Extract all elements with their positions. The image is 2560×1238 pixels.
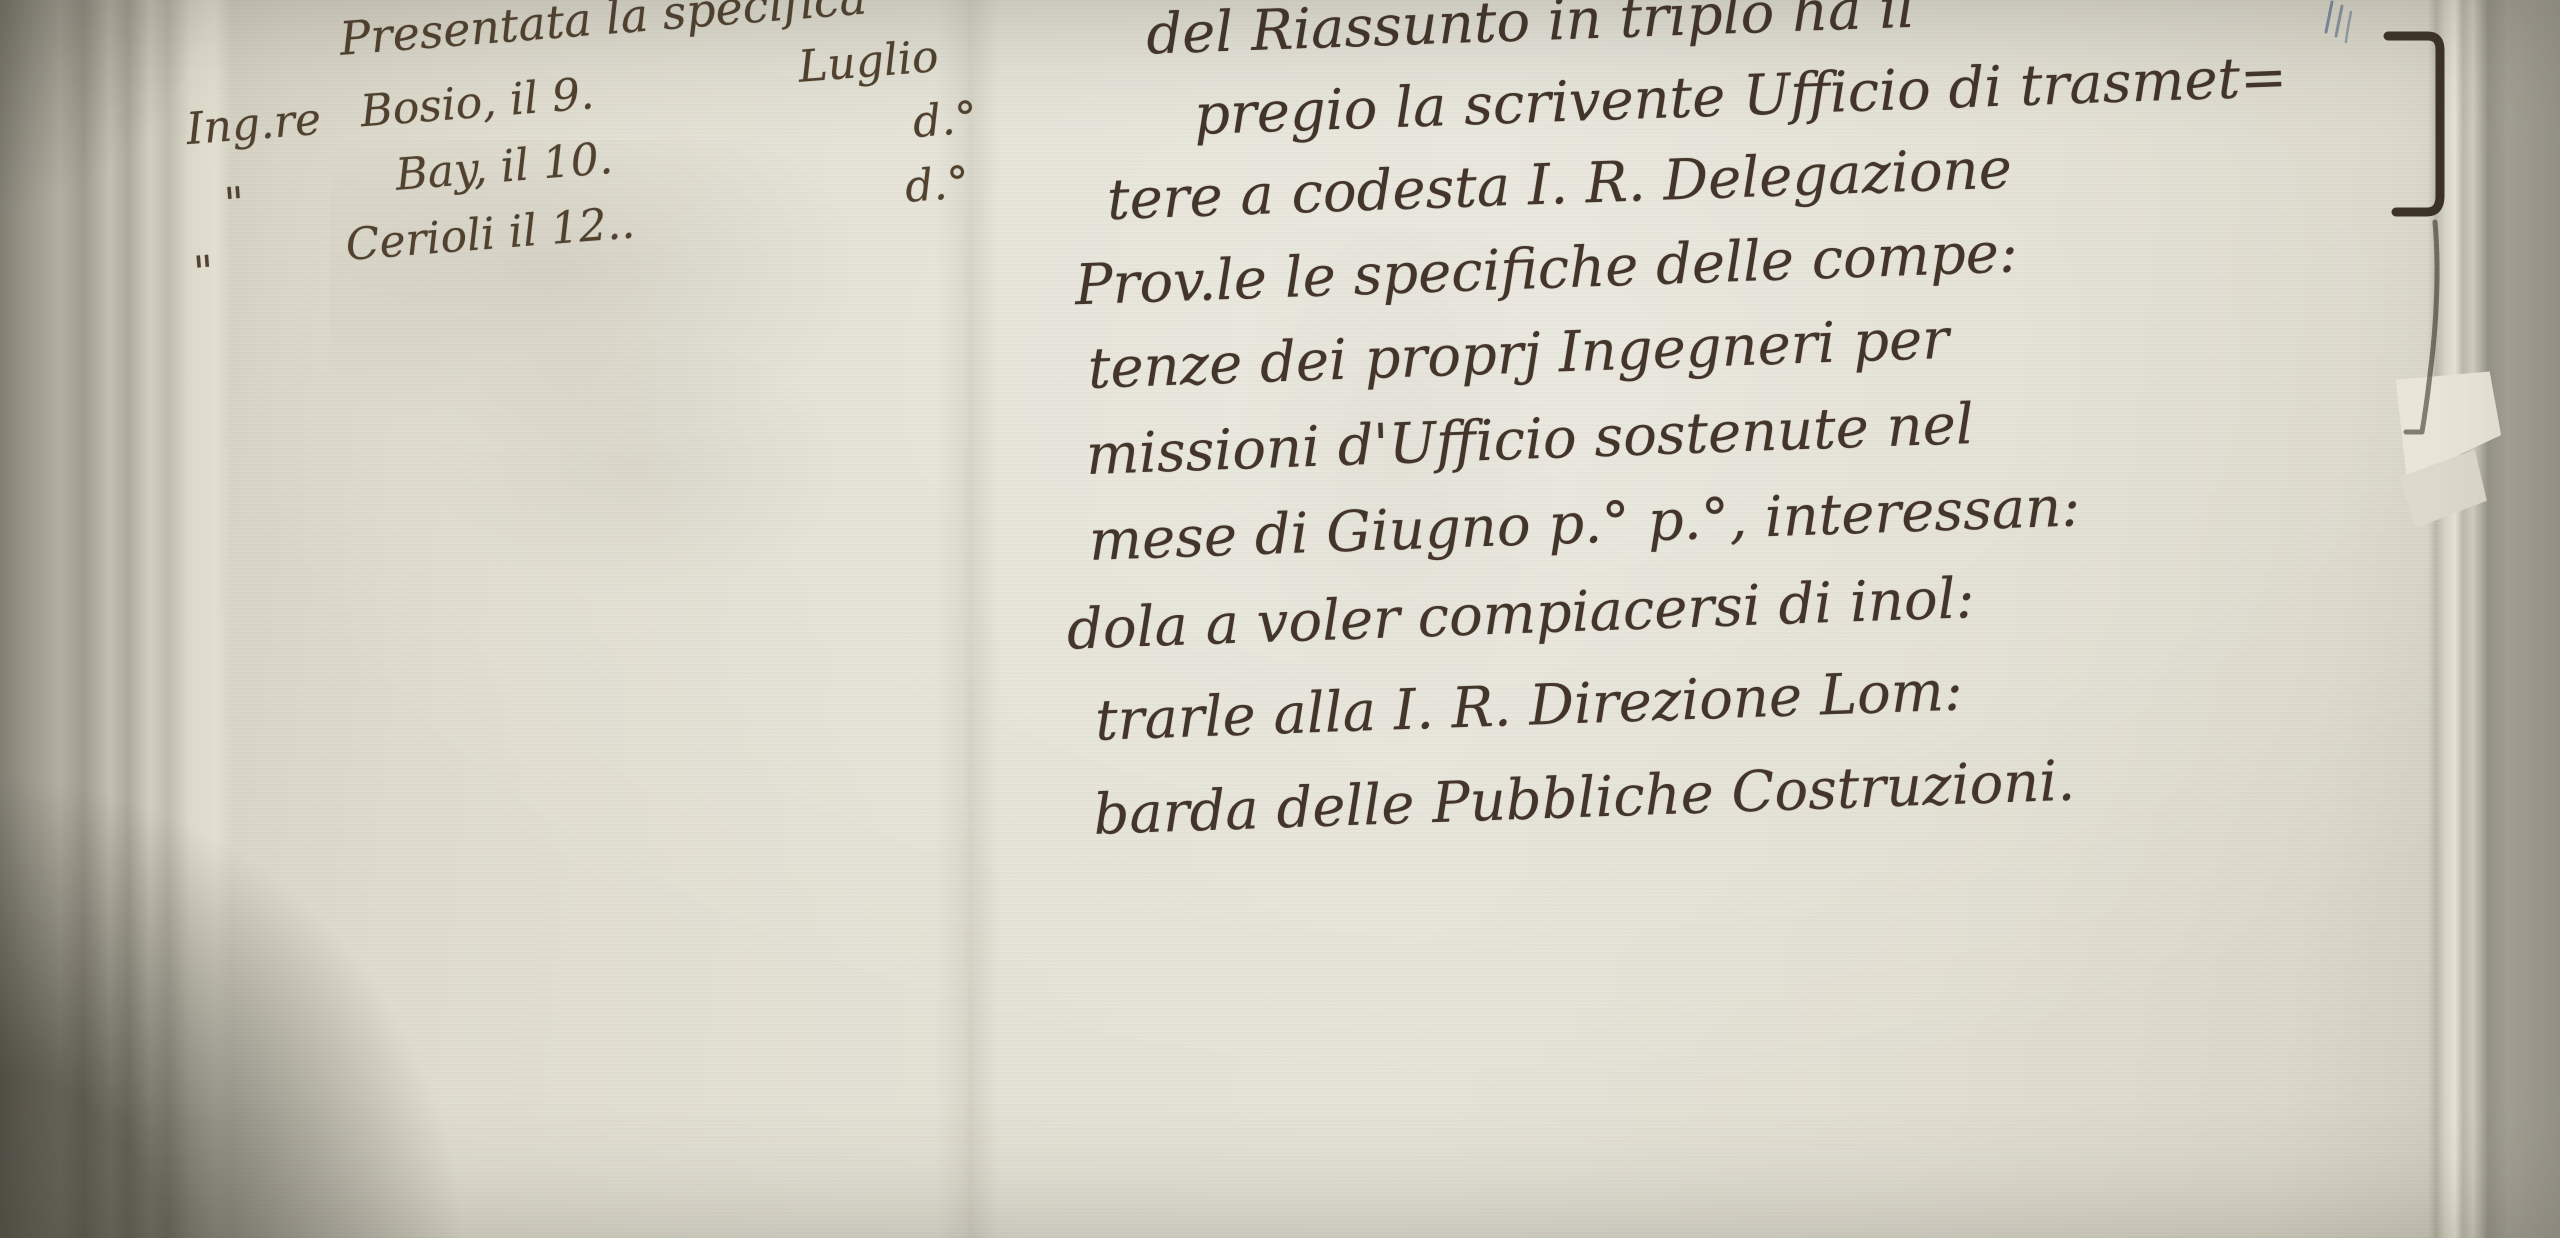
manuscript-line: Prov.le le specifiche delle compe: — [1074, 225, 2019, 314]
bottom-left-shadow — [0, 758, 460, 1238]
margin-date: d.° — [903, 157, 971, 213]
manuscript-line: mese di Giugno p.° p.°, interessan: — [1088, 479, 2081, 570]
manuscript-line: tere a codesta I. R. Delegazione — [1106, 142, 2013, 230]
margin-entry: Bosio, il 9. — [358, 68, 595, 137]
manuscript-line: trarle alla I. R. Direzione Lom: — [1094, 664, 1963, 750]
margin-heading: Presentata la specifica — [338, 0, 869, 66]
manuscript-line: del Riassunto in triplo ha il — [1145, 0, 1916, 64]
bleedthrough-smudge — [420, 330, 850, 600]
margin-date: Luglio — [796, 31, 940, 93]
blue-pen-tick-marks — [2318, 0, 2358, 52]
manuscript-line: barda delle Pubbliche Costruzioni. — [1093, 754, 2076, 844]
margin-ditto-mark: " — [192, 247, 216, 299]
manuscript-line: dola a voler compiacersi di inol: — [1066, 571, 1975, 659]
margin-prefix: Ing.re — [184, 94, 323, 155]
margin-date: d.° — [911, 92, 979, 148]
manuscript-line: missioni d'Ufficio sostenute nel — [1085, 397, 1975, 484]
ink-margin-bracket — [2382, 22, 2452, 452]
manuscript-line: tenze dei proprj Ingegneri per — [1087, 312, 1950, 398]
body-text: del Riassunto in triplo ha il pregio la … — [1020, 0, 2486, 1059]
manuscript-page-photo: Presentata la specifica Ing.re Bosio, il… — [0, 0, 2560, 1238]
margin-entry: Bay, il 10. — [394, 133, 615, 201]
manuscript-line: pregio la scrivente Ufficio di trasmet= — [1193, 50, 2288, 144]
margin-entry: Cerioli il 12.. — [344, 197, 637, 271]
margin-ditto-mark: " — [222, 178, 246, 230]
